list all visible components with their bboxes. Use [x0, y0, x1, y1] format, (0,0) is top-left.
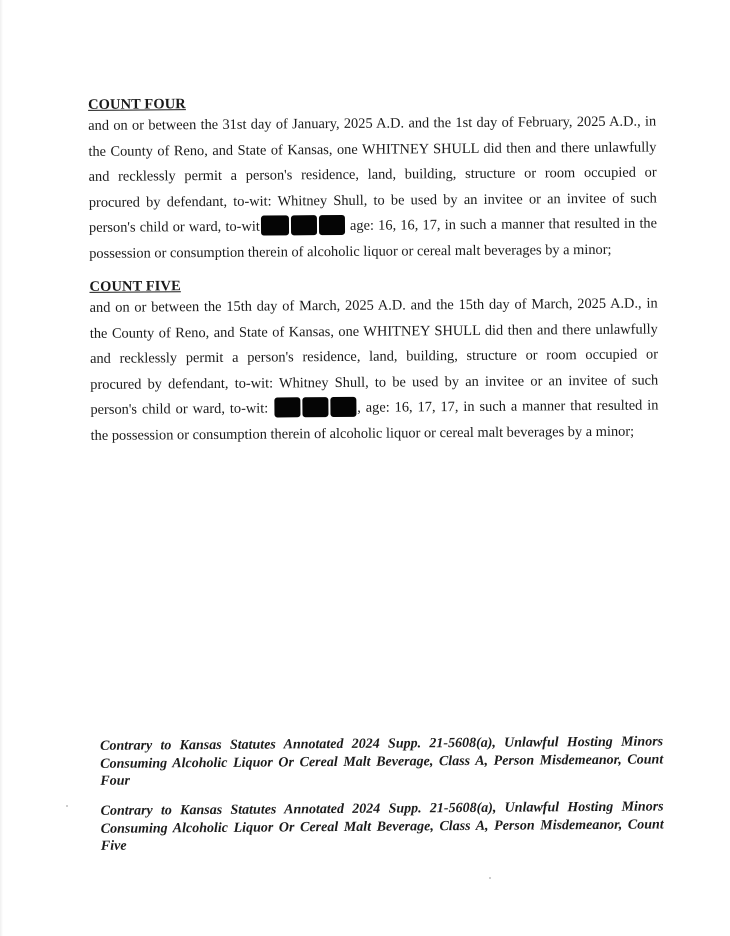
redacted-line-prefix: person's child or ward, to-wit [89, 219, 260, 236]
redacted-line-suffix: , age: 16, 17, 17, in such a manner that… [357, 398, 658, 416]
redaction-block [291, 216, 317, 236]
document-page: COUNT FOUR and on or between the 31st da… [0, 0, 730, 936]
redaction-block [274, 398, 300, 418]
count-body: and on or between the 31st day of Januar… [88, 109, 657, 267]
count-line: and on or between the 15th day of March,… [90, 291, 658, 321]
statute-citation-count-five: Contrary to Kansas Statutes Annotated 20… [101, 798, 664, 855]
redaction-block [302, 397, 328, 417]
redaction-block [261, 216, 289, 236]
scan-speck [66, 805, 68, 807]
count-line: the possession or consumption therein of… [91, 419, 659, 449]
count-line: possession or consumption therein of alc… [89, 237, 657, 267]
scan-speck [489, 877, 491, 879]
redacted-line-prefix: person's child or ward, to-wit: [90, 401, 273, 418]
redacted-line-suffix: age: 16, 16, 17, in such a manner that r… [346, 216, 657, 234]
count-line: and on or between the 31st day of Januar… [88, 109, 656, 139]
redaction-block [319, 215, 345, 235]
redaction-block [330, 397, 356, 417]
statute-citation-count-four: Contrary to Kansas Statutes Annotated 20… [100, 733, 663, 790]
count-four-section: COUNT FOUR and on or between the 31st da… [88, 92, 657, 267]
count-body: and on or between the 15th day of March,… [90, 291, 659, 449]
count-five-section: COUNT FIVE and on or between the 15th da… [89, 274, 658, 449]
